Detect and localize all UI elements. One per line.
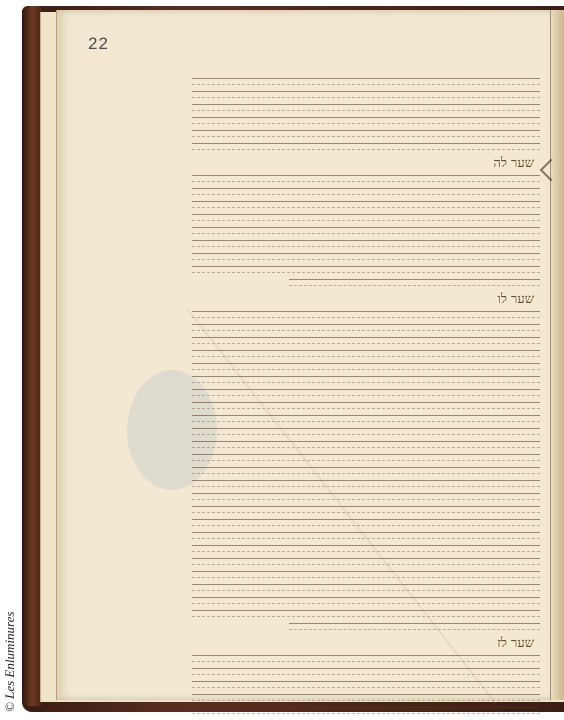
text-line [192,227,540,234]
text-line [192,707,540,714]
section-heading: שער לה [192,156,540,170]
text-line [192,266,540,273]
text-line [192,350,540,357]
text-line [289,279,540,286]
text-line [192,597,540,604]
text-line [192,175,540,182]
text-line [192,668,540,675]
text-line [192,441,540,448]
text-line [192,681,540,688]
text-line [192,104,540,111]
text-line [192,506,540,513]
folio-number: 22 [88,34,109,54]
text-line [192,558,540,565]
text-line [192,117,540,124]
text-line [192,324,540,331]
section-heading: שער לז [192,636,540,650]
section-heading: שער לו [192,292,540,306]
text-line [192,130,540,137]
text-line [192,454,540,461]
text-line [192,519,540,526]
text-line [289,623,540,630]
text-line [192,253,540,260]
copyright-watermark: © Les Enluminures [2,612,18,712]
text-line [192,188,540,195]
text-line [192,201,540,208]
text-line [192,571,540,578]
text-line [192,91,540,98]
heading-text: שער לה [487,155,540,171]
text-line [192,655,540,662]
text-line [192,493,540,500]
text-line [192,240,540,247]
text-line [192,363,540,370]
text-line [192,214,540,221]
page-edges [550,10,564,700]
text-line [192,532,540,539]
text-line [192,610,540,617]
text-line [192,389,540,396]
text-line [192,402,540,409]
text-line [192,415,540,422]
text-line [192,78,540,85]
text-line [192,467,540,474]
text-line [192,376,540,383]
binding-spine [22,6,42,706]
text-line [192,143,540,150]
text-line [192,428,540,435]
text-line [192,694,540,701]
text-line [192,311,540,318]
text-line [192,584,540,591]
text-line [192,545,540,552]
heading-text: שער לז [491,635,540,651]
text-block: שער לה שער לו שער לז [192,78,540,720]
heading-text: שער לו [492,291,541,307]
text-line [192,480,540,487]
text-line [192,337,540,344]
